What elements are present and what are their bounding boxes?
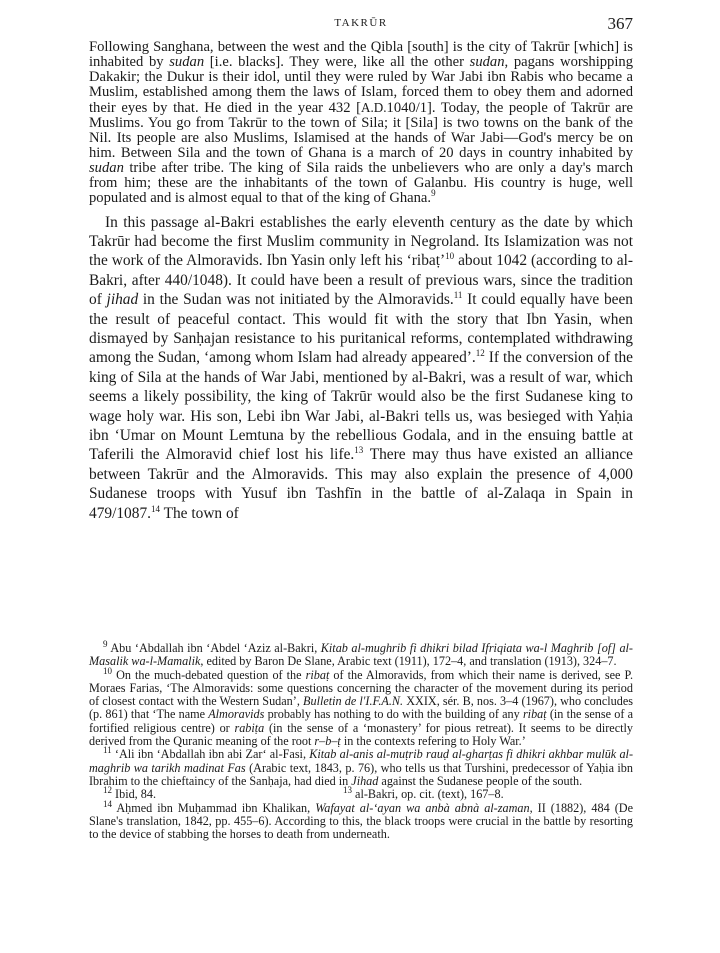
body-paragraph: In this passage al-Bakri establishes the… [89,213,633,524]
footnote-12: 12 Ibid, 84. [103,788,343,801]
footnote-10: 10 On the much-debated question of the r… [89,669,633,749]
main-text: Following Sanghana, between the west and… [89,40,633,523]
running-head: TAKRŪR 367 [89,14,633,34]
footnote-ref-12[interactable]: 12 [476,348,485,358]
footnotes-12-13: 12 Ibid, 84. 13 al-Bakri, op. cit. (text… [89,788,633,801]
footnote-ref-10[interactable]: 10 [445,251,454,261]
block-quote: Following Sanghana, between the west and… [89,40,633,207]
footnote-ref-9[interactable]: 9 [431,189,436,199]
footnote-9: 9 Abu ‘Abdallah ibn ‘Abdel ‘Aziz al-Bakr… [89,642,633,669]
page-number: 367 [608,14,634,34]
footnote-ref-13[interactable]: 13 [354,445,363,455]
footnote-14: 14 Aḥmed ibn Muḥammad ibn Khalikan, Wafa… [89,802,633,842]
running-title: TAKRŪR [89,17,633,29]
footnote-ref-14[interactable]: 14 [151,503,160,513]
footnote-13: 13 al-Bakri, op. cit. (text), 167–8. [343,788,504,801]
footnote-11: 11 ‘Ali ibn ‘Abdallah ibn abi Zar‘ al-Fa… [89,748,633,788]
footnotes: 9 Abu ‘Abdallah ibn ‘Abdel ‘Aziz al-Bakr… [89,642,633,841]
